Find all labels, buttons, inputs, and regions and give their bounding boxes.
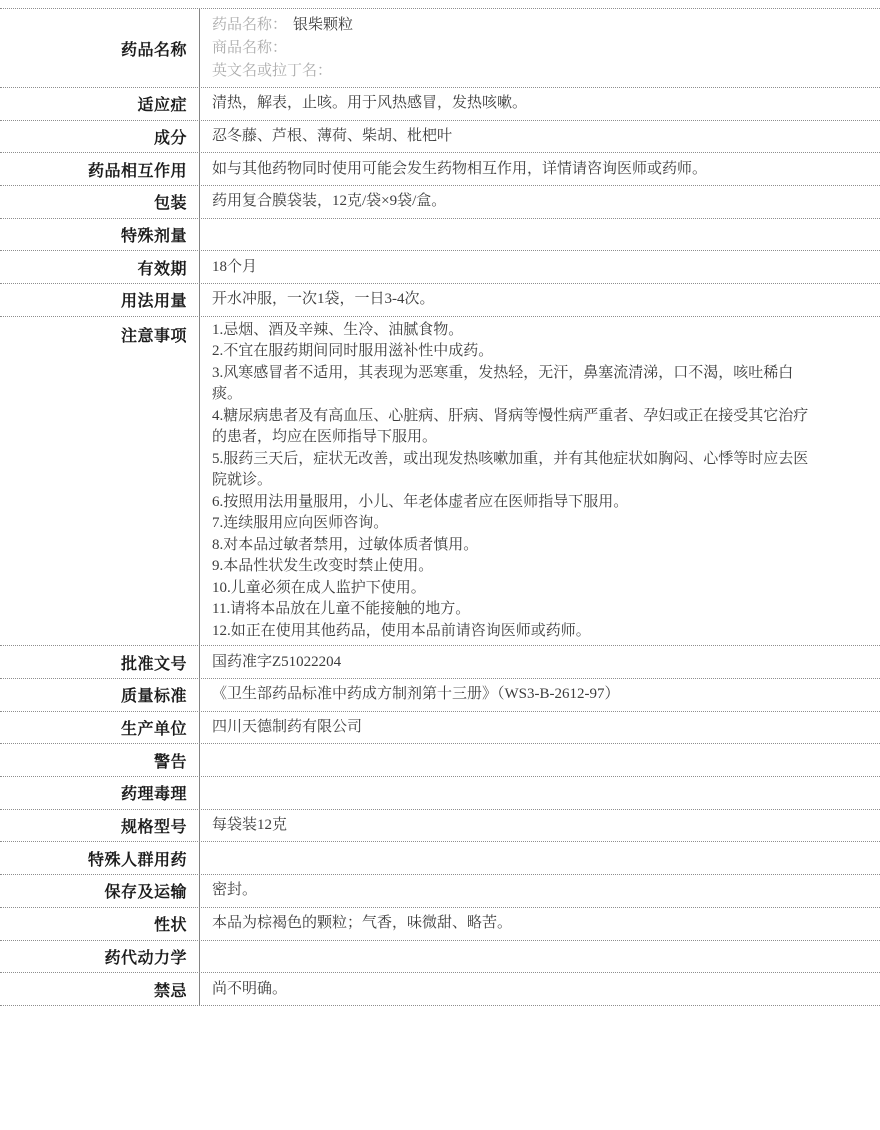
note-item: 6.按照用法用量服用，小儿、年老体虚者应在医师指导下服用。 bbox=[212, 492, 820, 514]
row-value: 开水冲服，一次1袋，一日3-4次。 bbox=[200, 284, 880, 316]
table-row-approval-number: 批准文号 国药准字Z51022204 bbox=[0, 646, 880, 679]
table-row-indications: 适应症 清热，解表，止咳。用于风热感冒，发热咳嗽。 bbox=[0, 88, 880, 121]
row-label: 禁忌 bbox=[0, 973, 200, 1005]
row-label: 保存及运输 bbox=[0, 875, 200, 907]
table-row-storage: 保存及运输 密封。 bbox=[0, 875, 880, 908]
table-row-shelf-life: 有效期 18个月 bbox=[0, 251, 880, 284]
table-row-quality-standard: 质量标准 《卫生部药品标准中药成方制剂第十三册》（WS3-B-2612-97） bbox=[0, 679, 880, 712]
row-label: 特殊人群用药 bbox=[0, 842, 200, 874]
row-value: 药用复合膜袋装，12克/袋×9袋/盒。 bbox=[200, 186, 880, 218]
note-item: 2.不宜在服药期间同时服用滋补性中成药。 bbox=[212, 341, 820, 363]
row-label: 警告 bbox=[0, 744, 200, 776]
table-row-specification: 规格型号 每袋装12克 bbox=[0, 810, 880, 843]
row-label: 用法用量 bbox=[0, 284, 200, 316]
table-row-pharmacology: 药理毒理 bbox=[0, 777, 880, 810]
row-label: 质量标准 bbox=[0, 679, 200, 711]
table-row-manufacturer: 生产单位 四川天德制药有限公司 bbox=[0, 712, 880, 745]
row-label: 药理毒理 bbox=[0, 777, 200, 809]
row-value: 18个月 bbox=[200, 251, 880, 283]
table-row-interactions: 药品相互作用 如与其他药物同时使用可能会发生药物相互作用，详情请咨询医师或药师。 bbox=[0, 153, 880, 186]
row-value: 如与其他药物同时使用可能会发生药物相互作用，详情请咨询医师或药师。 bbox=[200, 153, 880, 185]
row-label: 药品名称 bbox=[0, 9, 200, 87]
row-value bbox=[200, 219, 880, 251]
row-value: 药品名称：银柴颗粒 商品名称： 英文名或拉丁名： bbox=[200, 9, 880, 87]
row-value: 忍冬藤、芦根、薄荷、柴胡、枇杷叶 bbox=[200, 121, 880, 153]
note-item: 3.风寒感冒者不适用，其表现为恶寒重，发热轻，无汗，鼻塞流清涕，口不渴，咳吐稀白… bbox=[212, 363, 820, 406]
row-value: 《卫生部药品标准中药成方制剂第十三册》（WS3-B-2612-97） bbox=[200, 679, 880, 711]
note-item: 7.连续服用应向医师咨询。 bbox=[212, 513, 820, 535]
row-value: 清热，解表，止咳。用于风热感冒，发热咳嗽。 bbox=[200, 88, 880, 120]
row-label: 规格型号 bbox=[0, 810, 200, 842]
row-value bbox=[200, 941, 880, 973]
row-label: 有效期 bbox=[0, 251, 200, 283]
note-item: 1.忌烟、酒及辛辣、生冷、油腻食物。 bbox=[212, 320, 820, 342]
drug-info-table: 药品名称 药品名称：银柴颗粒 商品名称： 英文名或拉丁名： 适应症 清热，解表，… bbox=[0, 8, 880, 1006]
drug-name-line: 药品名称：银柴颗粒 bbox=[212, 14, 868, 37]
note-item: 12.如正在使用其他药品，使用本品前请咨询医师或药师。 bbox=[212, 621, 820, 643]
row-label: 生产单位 bbox=[0, 712, 200, 744]
note-item: 4.糖尿病患者及有高血压、心脏病、肝病、肾病等慢性病严重者、孕妇或正在接受其它治… bbox=[212, 406, 820, 449]
row-label: 适应症 bbox=[0, 88, 200, 120]
field-prefix: 商品名称： bbox=[212, 40, 287, 56]
row-label: 批准文号 bbox=[0, 646, 200, 678]
table-row-contraindications: 禁忌 尚不明确。 bbox=[0, 973, 880, 1006]
trade-name-line: 商品名称： bbox=[212, 37, 868, 60]
table-row-dosage: 用法用量 开水冲服，一次1袋，一日3-4次。 bbox=[0, 284, 880, 317]
drug-name-value: 银柴颗粒 bbox=[287, 17, 353, 33]
table-row-special-dose: 特殊剂量 bbox=[0, 219, 880, 252]
row-label: 药代动力学 bbox=[0, 941, 200, 973]
row-value: 国药准字Z51022204 bbox=[200, 646, 880, 678]
latin-name-line: 英文名或拉丁名： bbox=[212, 60, 868, 83]
row-label: 包装 bbox=[0, 186, 200, 218]
table-row-description: 性状 本品为棕褐色的颗粒；气香，味微甜、略苦。 bbox=[0, 908, 880, 941]
row-value: 密封。 bbox=[200, 875, 880, 907]
table-row-pharmacokinetics: 药代动力学 bbox=[0, 941, 880, 974]
row-value: 尚不明确。 bbox=[200, 973, 880, 1005]
row-value: 本品为棕褐色的颗粒；气香，味微甜、略苦。 bbox=[200, 908, 880, 940]
row-value bbox=[200, 744, 880, 776]
table-row-packaging: 包装 药用复合膜袋装，12克/袋×9袋/盒。 bbox=[0, 186, 880, 219]
row-label: 注意事项 bbox=[0, 317, 200, 646]
table-row-precautions: 注意事项 1.忌烟、酒及辛辣、生冷、油腻食物。 2.不宜在服药期间同时服用滋补性… bbox=[0, 317, 880, 647]
row-value bbox=[200, 842, 880, 874]
field-prefix: 英文名或拉丁名： bbox=[212, 63, 332, 79]
row-value: 每袋装12克 bbox=[200, 810, 880, 842]
row-value: 1.忌烟、酒及辛辣、生冷、油腻食物。 2.不宜在服药期间同时服用滋补性中成药。 … bbox=[200, 317, 832, 646]
row-label: 性状 bbox=[0, 908, 200, 940]
field-prefix: 药品名称： bbox=[212, 17, 287, 33]
table-row-ingredients: 成分 忍冬藤、芦根、薄荷、柴胡、枇杷叶 bbox=[0, 121, 880, 154]
note-item: 5.服药三天后，症状无改善，或出现发热咳嗽加重，并有其他症状如胸闷、心悸等时应去… bbox=[212, 449, 820, 492]
note-item: 11.请将本品放在儿童不能接触的地方。 bbox=[212, 599, 820, 621]
table-row-warning: 警告 bbox=[0, 744, 880, 777]
table-row-drug-name: 药品名称 药品名称：银柴颗粒 商品名称： 英文名或拉丁名： bbox=[0, 9, 880, 88]
note-item: 10.儿童必须在成人监护下使用。 bbox=[212, 578, 820, 600]
row-value: 四川天德制药有限公司 bbox=[200, 712, 880, 744]
table-row-special-population: 特殊人群用药 bbox=[0, 842, 880, 875]
note-item: 8.对本品过敏者禁用，过敏体质者慎用。 bbox=[212, 535, 820, 557]
note-item: 9.本品性状发生改变时禁止使用。 bbox=[212, 556, 820, 578]
row-label: 特殊剂量 bbox=[0, 219, 200, 251]
row-label: 药品相互作用 bbox=[0, 153, 200, 185]
row-label: 成分 bbox=[0, 121, 200, 153]
row-value bbox=[200, 777, 880, 809]
